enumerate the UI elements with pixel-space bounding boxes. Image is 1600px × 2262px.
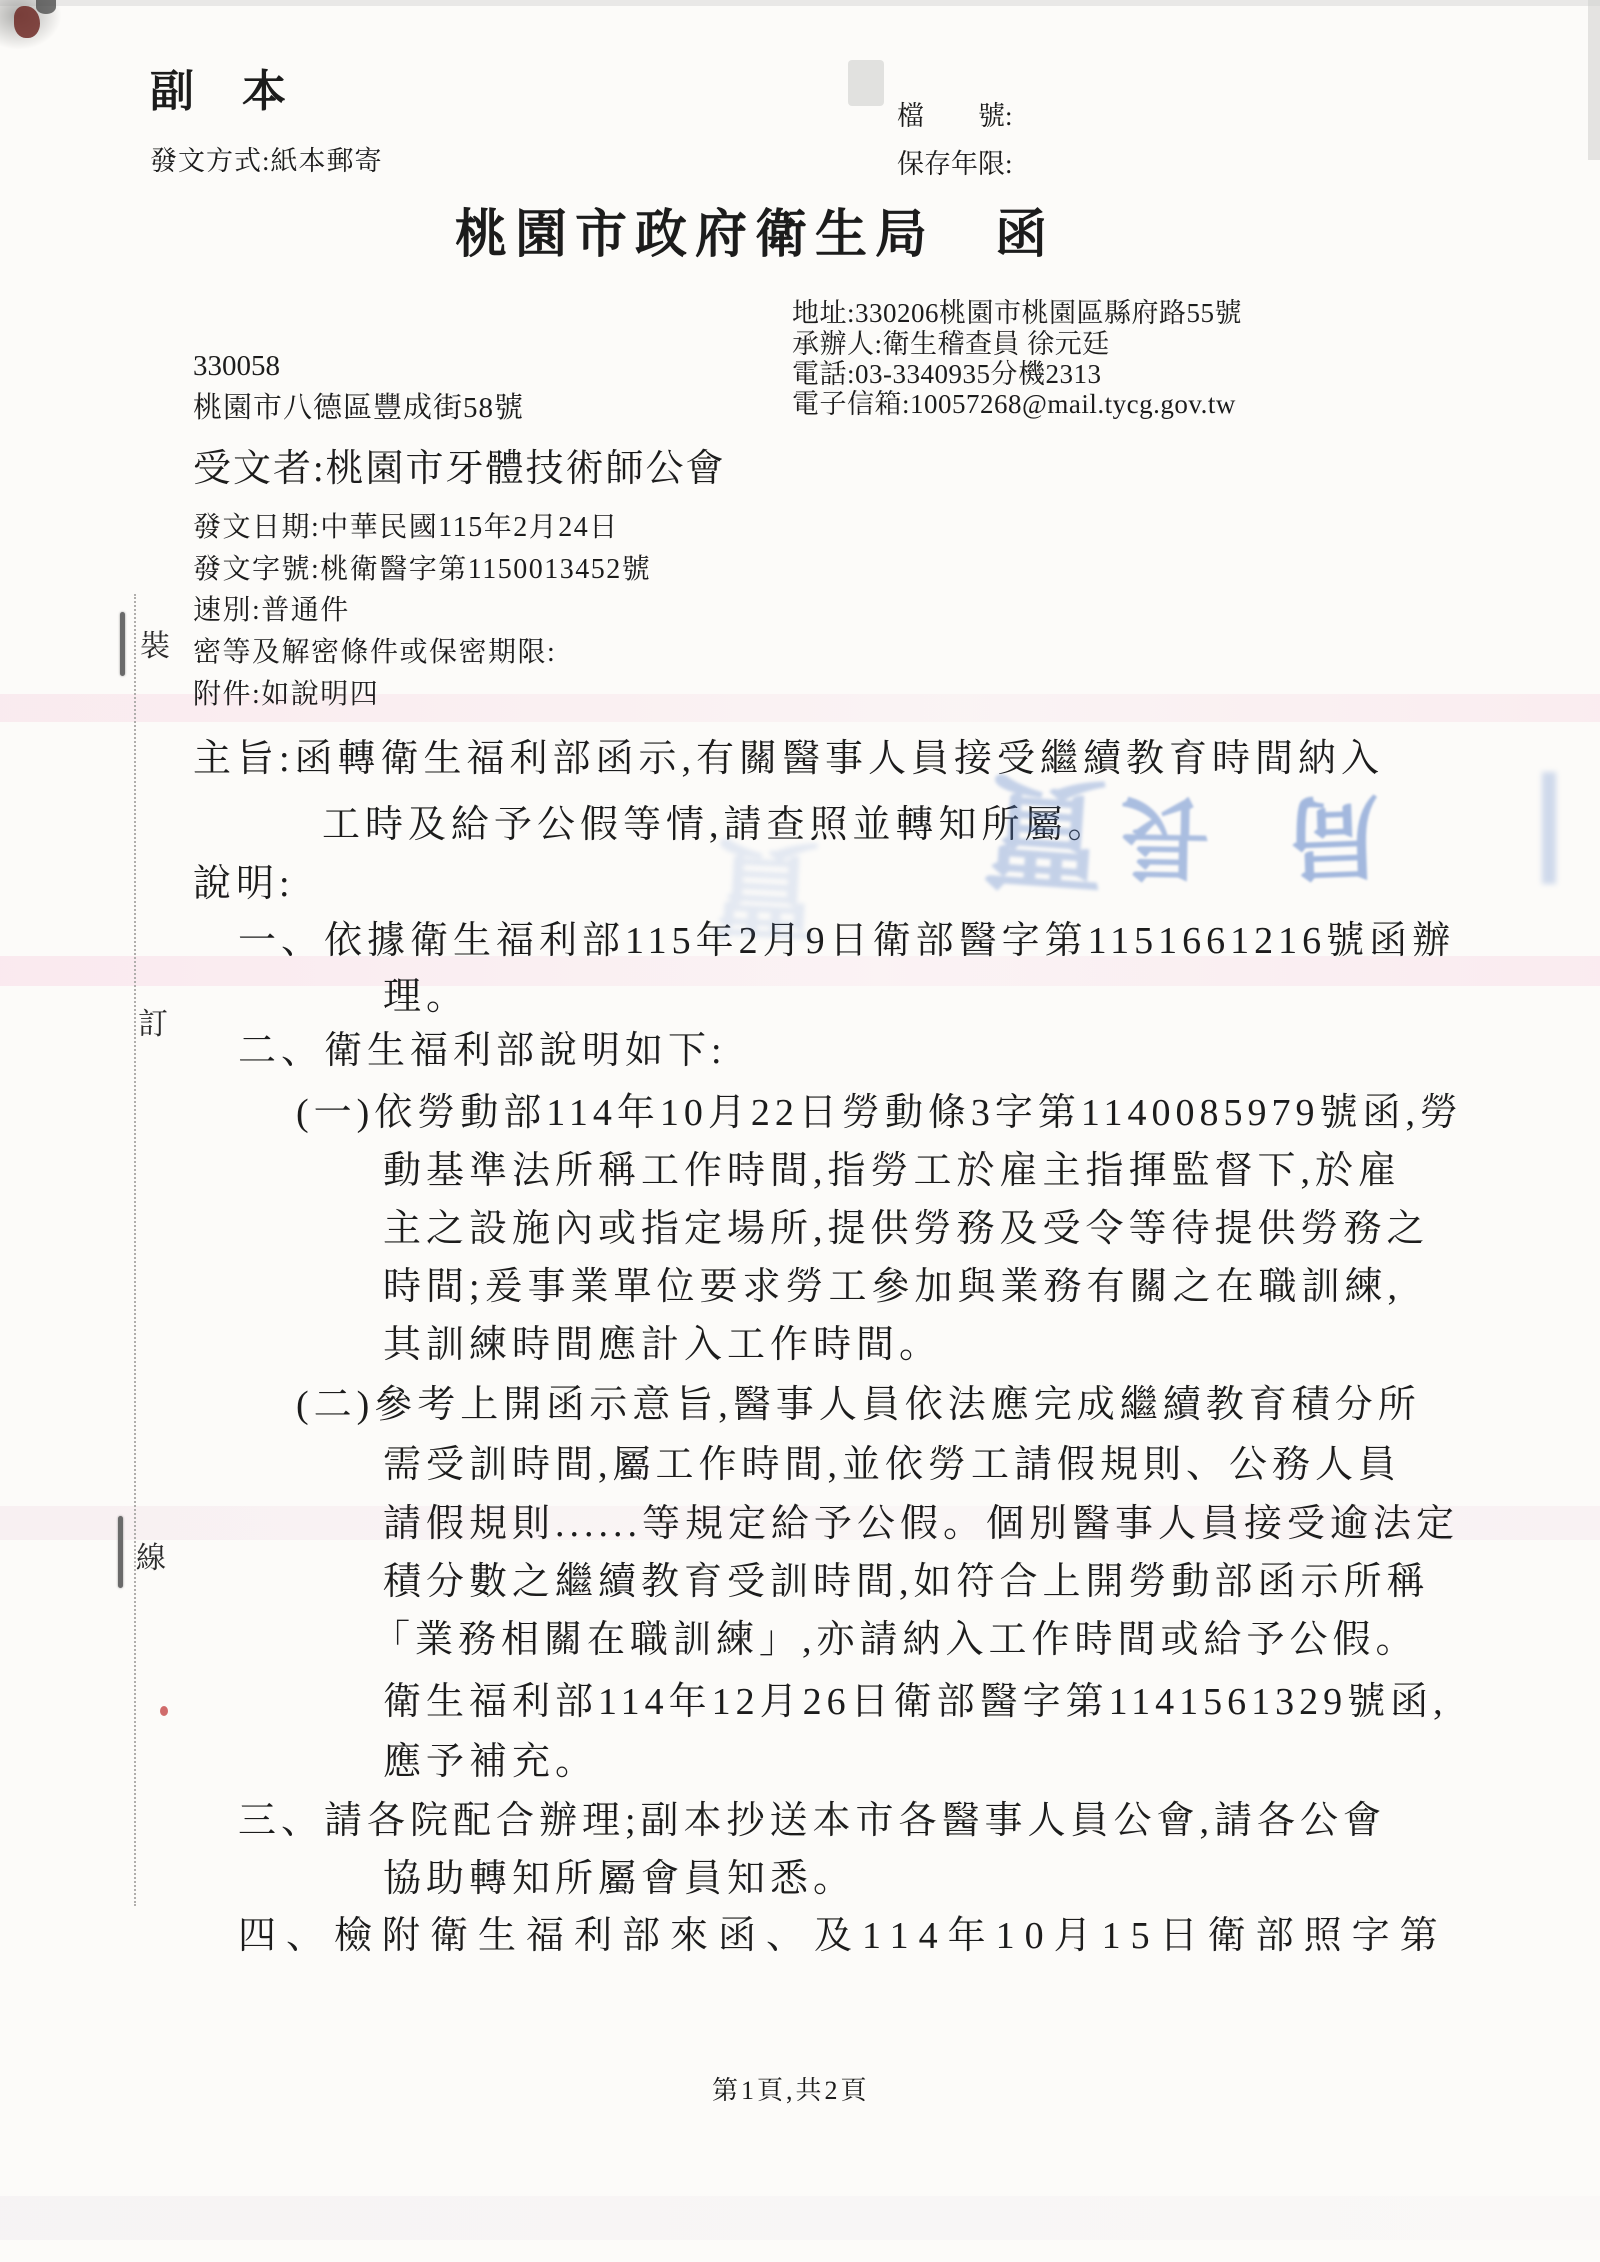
subject-line-1: 主旨:函轉衛生福利部函示,有關醫事人員接受繼續教育時間納入 (193, 740, 1384, 778)
sender-phone: 電話:03-3340935分機2313 (792, 361, 1102, 388)
stamp-character-faint: 賈 (709, 829, 823, 943)
item1-line-1: 一、依據衛生福利部115年2月9日衛部醫字第1151661216號函辦 (238, 922, 1455, 960)
scan-corner-red-mark (14, 6, 40, 38)
stamp-character-ju: 局 (1286, 788, 1381, 883)
sender-contact-person: 承辦人:衛生稽查員 徐元廷 (792, 331, 1110, 358)
staple-mark (120, 612, 125, 676)
sender-email: 電子信箱:10057268@mail.tycg.gov.tw (792, 391, 1236, 418)
item2-sub2-line-3: 請假規則......等規定給予公假。個別醫事人員接受逾法定 (383, 1505, 1459, 1543)
copy-label: 副 本 (150, 70, 288, 114)
scan-red-dot (160, 1706, 168, 1716)
retention-label: 保存年限: (897, 151, 1013, 178)
scan-corner-smudge (0, 0, 62, 50)
recipient-name: 受文者:桃園市牙體技術師公會 (193, 450, 726, 488)
item2-sub2-line-2: 需受訓時間,屬工作時間,並依勞工請假規則、公務人員 (383, 1446, 1401, 1484)
scan-right-edge-shadow (1588, 0, 1600, 160)
page-number-footer: 第1頁,共2頁 (712, 2078, 870, 2104)
sender-address: 地址:330206桃園市桃園區縣府路55號 (792, 300, 1242, 327)
binding-label-zhuang: 裝 (140, 632, 170, 662)
item2-sub1-line-2: 動基準法所稱工作時間,指勞工於雇主指揮監督下,於雇 (383, 1152, 1401, 1190)
explanation-heading: 說明: (193, 865, 295, 903)
page-title: 桃園市政府衛生局 函 (455, 210, 1055, 262)
stamp-character-jia: 賈 (981, 764, 1111, 894)
delivery-method: 發文方式:紙本郵寄 (150, 148, 383, 175)
stamp-character-chang: 長 (1119, 789, 1211, 881)
scan-top-edge-shadow (0, 0, 1600, 6)
scanner-streak (0, 2196, 1600, 2240)
binding-dotted-line (134, 594, 136, 1906)
item3-line-2: 協助轉知所屬會員知悉。 (383, 1860, 856, 1898)
item2-sub1-line-4: 時間;爰事業單位要求勞工參加與業務有關之在職訓練, (383, 1268, 1402, 1306)
item4-line-1: 四、檢附衛生福利部來函、及114年10月15日衛部照字第 (238, 1917, 1448, 1955)
recipient-postal-code: 330058 (193, 352, 280, 381)
scan-corner-dark-mark (36, 0, 56, 14)
item1-line-2: 理。 (383, 978, 469, 1016)
item2-sub2-line-6: 衛生福利部114年12月26日衛部醫字第1141561329號函, (383, 1683, 1448, 1721)
item2-sub1-line-1: (一)依勞動部114年10月22日勞動條3字第1140085979號函,勞 (296, 1094, 1463, 1132)
item2-sub1-line-3: 主之設施內或指定場所,提供勞務及受令等待提供勞務之 (383, 1210, 1430, 1248)
stamp-edge-smudge (1542, 772, 1556, 884)
scan-gray-patch (848, 60, 884, 106)
scanned-official-letter: { "document": { "copy_label": "副 本", "de… (0, 0, 1600, 2262)
doc-number: 發文字號:桃衛醫字第1150013452號 (193, 556, 651, 584)
priority: 速別:普通件 (193, 597, 350, 625)
recipient-address: 桃園市八德區豐成街58號 (193, 394, 524, 423)
item2-sub2-line-1: (二)參考上開函示意旨,醫事人員依法應完成繼續教育積分所 (296, 1386, 1421, 1424)
item2-sub2-line-4: 積分數之繼續教育受訓時間,如符合上開勞動部函示所稱 (383, 1563, 1430, 1601)
issue-date: 發文日期:中華民國115年2月24日 (193, 514, 619, 542)
security-level: 密等及解密條件或保密期限: (193, 639, 556, 667)
binding-label-xian: 線 (136, 1544, 166, 1574)
item2-heading: 二、衛生福利部說明如下: (238, 1032, 727, 1070)
item2-sub2-line-5: 「業務相關在職訓練」,亦請納入工作時間或給予公假。 (372, 1621, 1419, 1659)
staple-mark (118, 1516, 123, 1588)
attachment-note: 附件:如說明四 (193, 681, 379, 709)
item2-sub1-line-5: 其訓練時間應計入工作時間。 (383, 1326, 942, 1364)
binding-label-ding: 訂 (138, 1010, 168, 1040)
file-number-label: 檔 號: (897, 103, 1013, 130)
item3-line-1: 三、請各院配合辦理;副本抄送本市各醫事人員公會,請各公會 (238, 1802, 1386, 1840)
item2-sub2-line-7: 應予補充。 (383, 1743, 598, 1781)
